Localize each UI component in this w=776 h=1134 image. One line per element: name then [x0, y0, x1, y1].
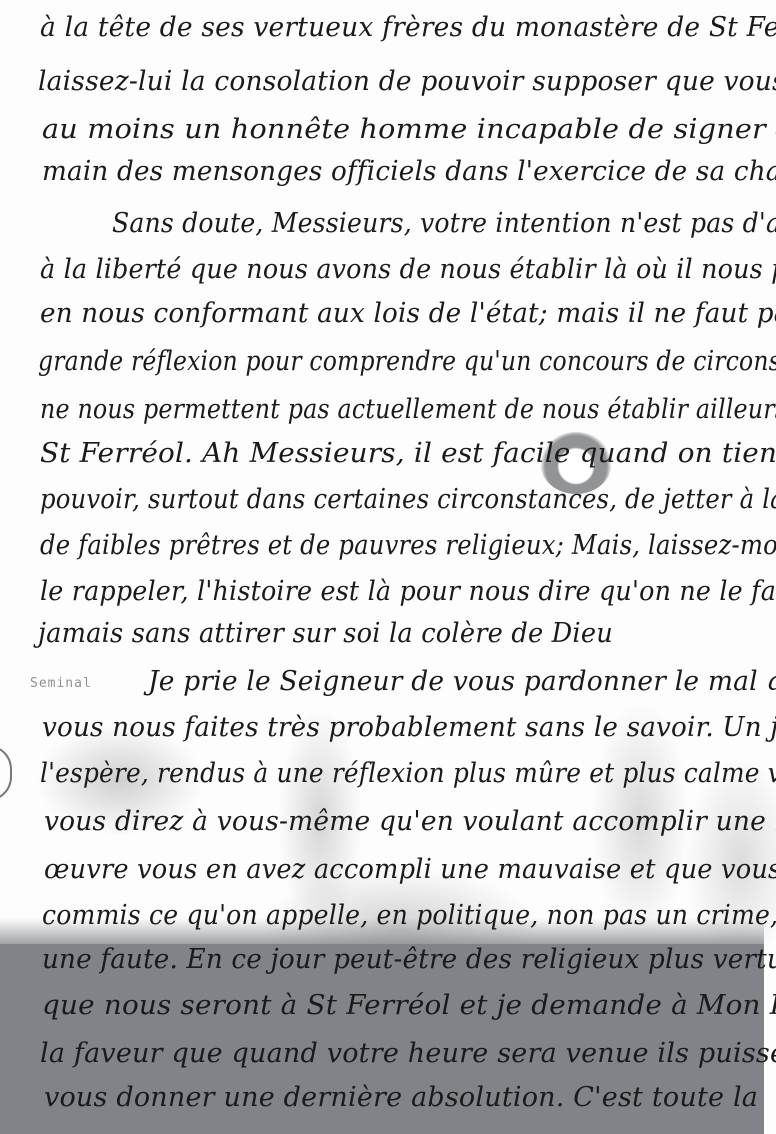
manuscript-line: à la tête de ses vertueux frères du mona… [40, 12, 776, 43]
manuscript-line: St Ferréol. Ah Messieurs, il est facile … [40, 438, 776, 469]
manuscript-line: à la liberté que nous avons de nous étab… [40, 254, 776, 285]
manuscript-line: Sans doute, Messieurs, votre intention n… [112, 208, 776, 239]
manuscript-line: que nous seront à St Ferréol et je deman… [42, 990, 776, 1021]
manuscript-line: pouvoir, surtout dans certaines circonst… [40, 484, 776, 515]
manuscript-line: de faibles prêtres et de pauvres religie… [40, 530, 776, 561]
manuscript-line: l'espère, rendus à une réflexion plus mû… [40, 758, 776, 789]
manuscript-page: Seminal à la tête de ses vertueux frères… [0, 0, 776, 1134]
manuscript-line: jamais sans attirer sur soi la colère de… [38, 618, 613, 649]
manuscript-line: commis ce qu'on appelle, en politique, n… [42, 900, 776, 931]
manuscript-line: au moins un honnête homme incapable de s… [42, 114, 776, 145]
manuscript-line: une faute. En ce jour peut-être des reli… [42, 944, 776, 975]
manuscript-line: le rappeler, l'histoire est là pour nous… [40, 576, 776, 607]
manuscript-line: la faveur que quand votre heure sera ven… [40, 1038, 776, 1069]
faded-stamp: Seminal [30, 676, 92, 691]
manuscript-line: vous nous faites très probablement sans … [42, 712, 776, 743]
manuscript-line: en nous conformant aux lois de l'état; m… [40, 298, 776, 329]
manuscript-line: vous donner une dernière absolution. C'e… [44, 1082, 758, 1113]
manuscript-line: laissez-lui la consolation de pouvoir su… [38, 66, 776, 97]
manuscript-line: main des mensonges officiels dans l'exer… [42, 156, 776, 187]
manuscript-line: Je prie le Seigneur de vous pardonner le… [148, 666, 776, 697]
manuscript-line: ne nous permettent pas actuellement de n… [40, 394, 776, 425]
manuscript-line: vous direz à vous-même qu'en voulant acc… [44, 806, 776, 837]
manuscript-line: grande réflexion pour comprendre qu'un c… [38, 346, 776, 377]
manuscript-line: œuvre vous en avez accompli une mauvaise… [44, 854, 776, 885]
